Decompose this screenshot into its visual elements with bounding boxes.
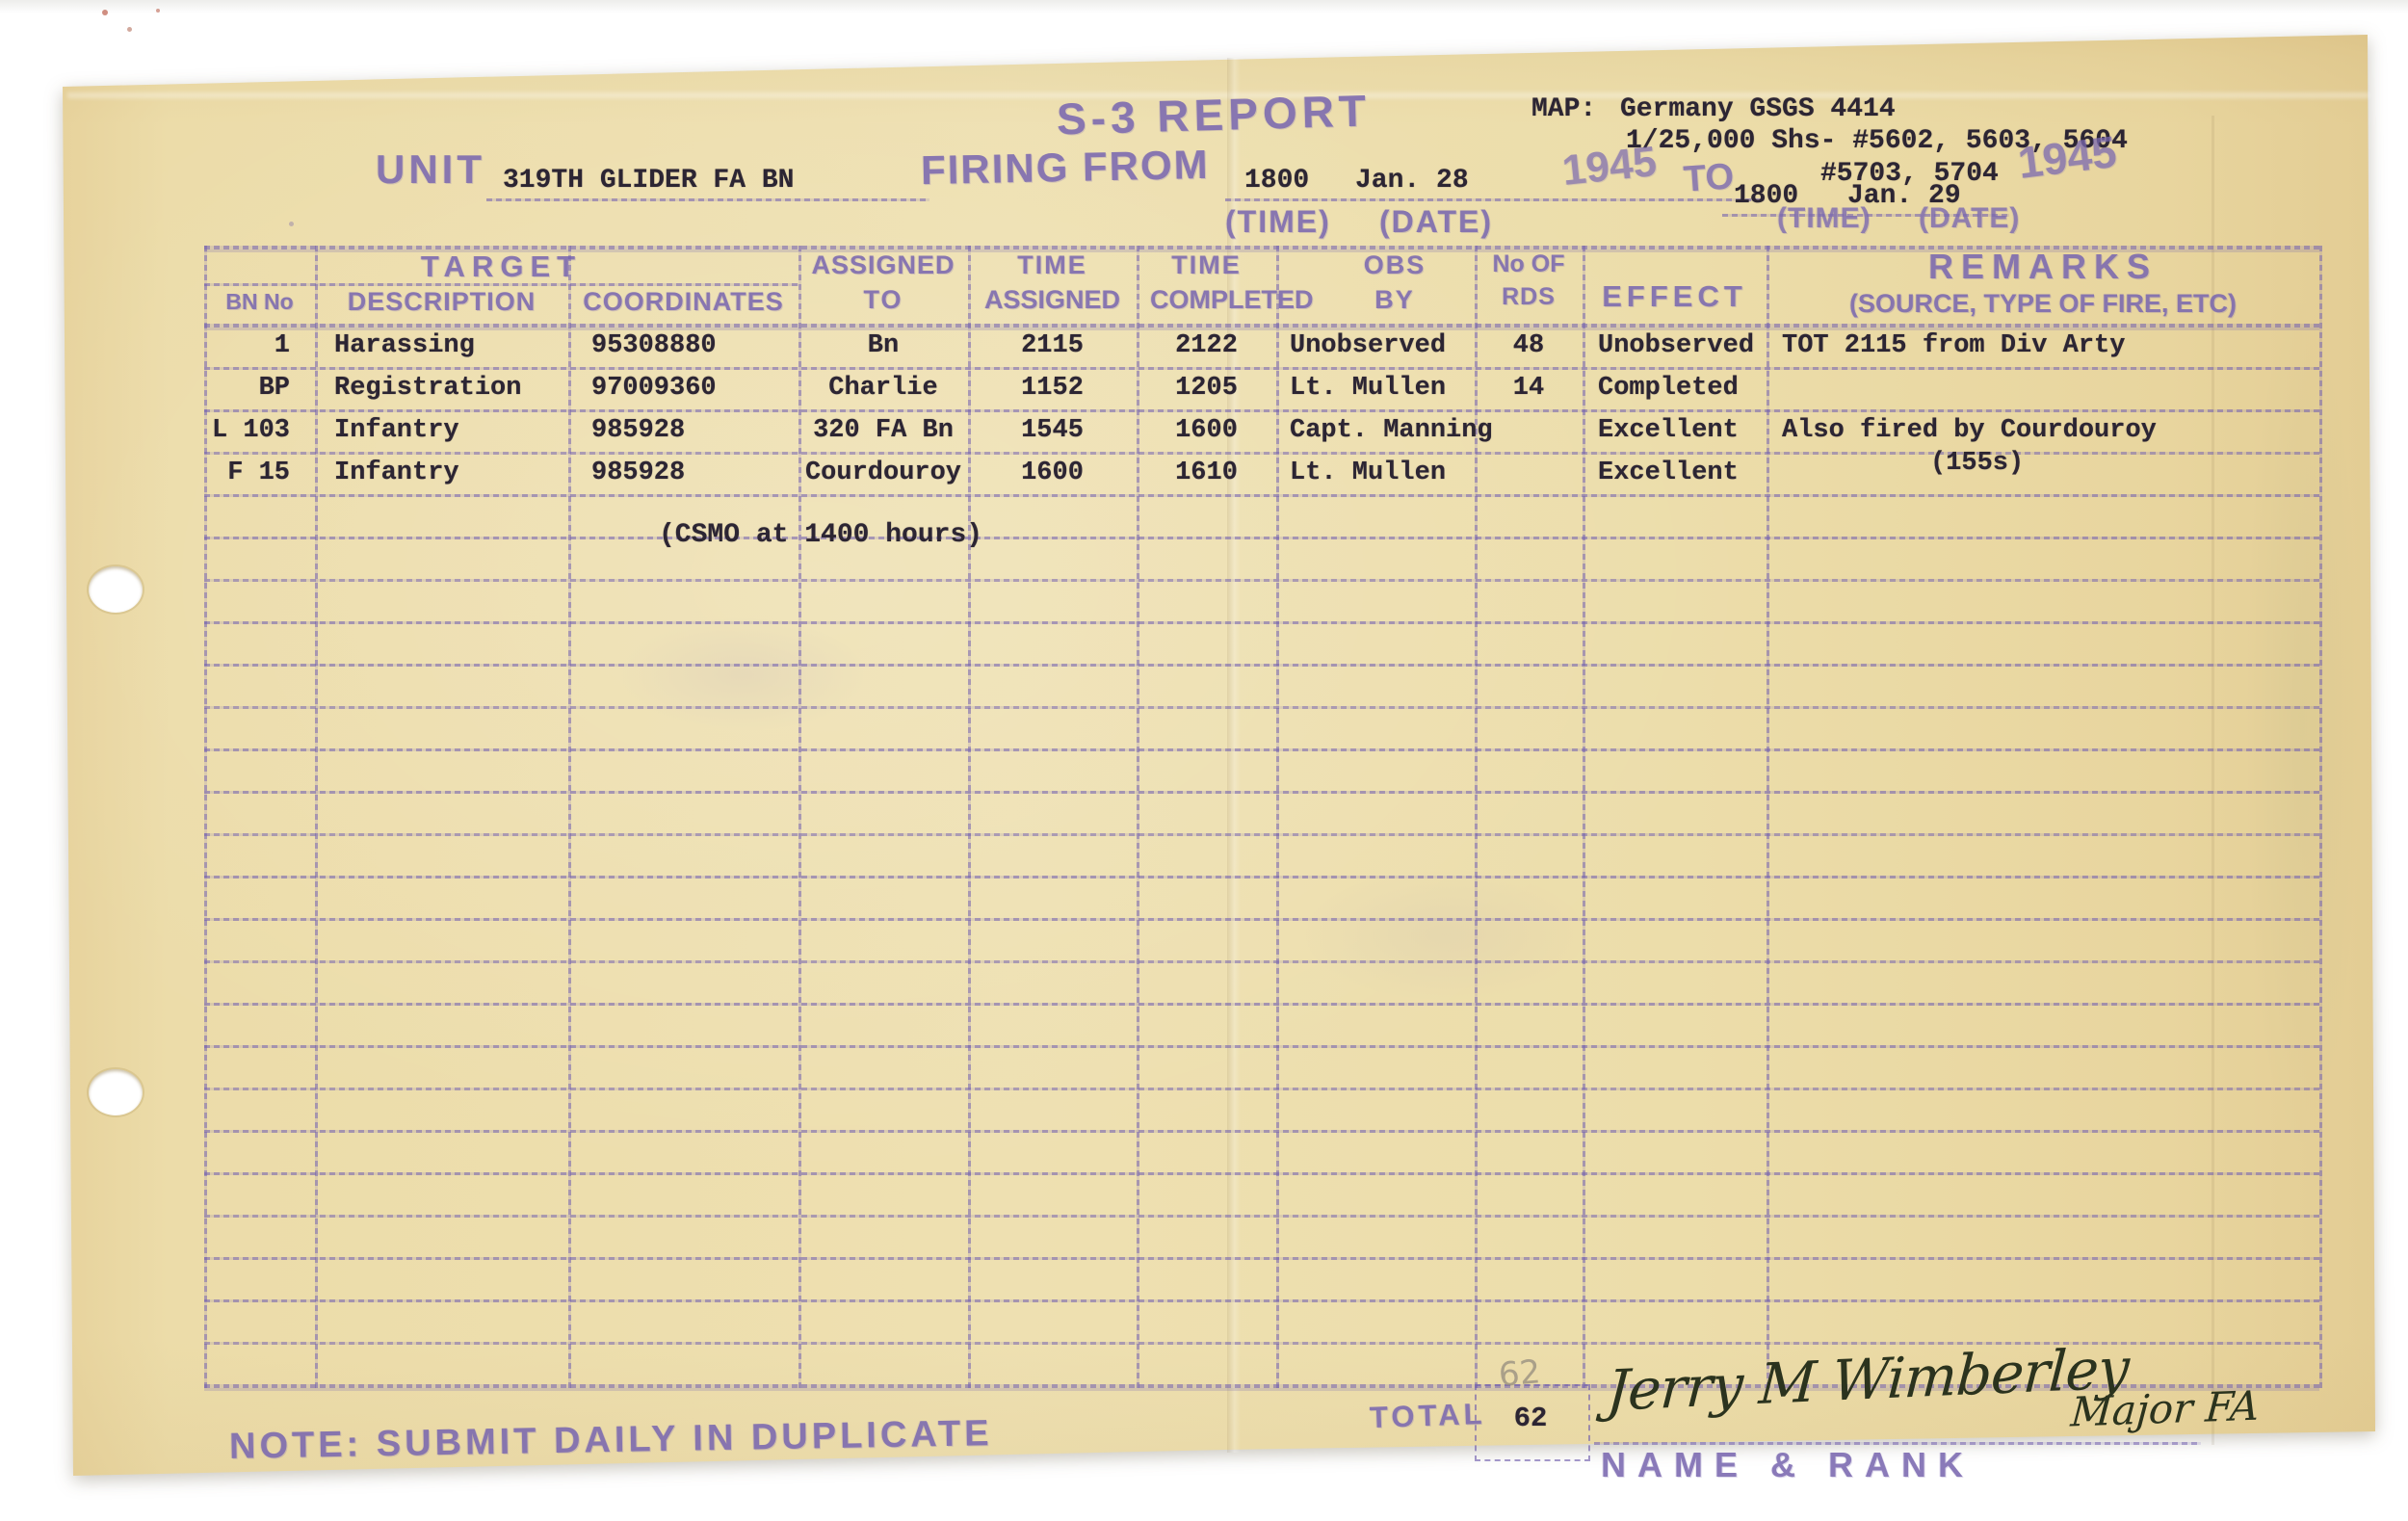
header-time-assigned-line2: ASSIGNED [968,285,1137,315]
grid-row-line [204,833,2319,836]
cell-description-row-3: Infantry [315,409,568,452]
header-assigned-to-line2: TO [798,285,968,315]
firing-from-time: 1800 [1244,166,1309,196]
header-assigned-to-line1: ASSIGNED [798,250,968,280]
grid-row-line [204,494,2319,497]
firing-from-label: FIRING FROM [921,142,1211,194]
cell-assigned_to-row-1: Bn [798,325,968,367]
grid-row-line [204,876,2319,879]
date-caption-2: (DATE) [1919,202,2020,235]
header-time-completed-line2: COMPLETED [1150,285,1290,315]
grid-row-line [204,1299,2319,1302]
cell-effect-row-3: Excellent [1583,409,1767,452]
grid-row-line [204,1215,2319,1218]
time-caption-1: (TIME) [1225,204,1331,240]
grid-row-line [204,918,2319,921]
header-bn-no: BN No [204,289,315,315]
grid-row-line [204,1088,2319,1090]
header-time-completed-line1: TIME [1137,250,1276,280]
grid-row-line [204,621,2319,624]
grid-column-line [2319,246,2322,1388]
cell-remarks-row-1: TOT 2115 from Div Arty [1767,325,2319,367]
cell-remarks-row-3: Also fired by Courdouroy [1767,409,2319,452]
cell-time_completed-row-1: 2122 [1137,325,1276,367]
cell-remarks-line2-row-3: (155s) [1930,442,2024,485]
header-no-of-rds-line1: No OF [1475,250,1583,278]
cell-effect-row-2: Completed [1583,367,1767,409]
firing-from-year: 1945 [1560,138,1660,196]
unit-label: UNIT [376,146,485,193]
paper-shadow [0,0,2408,1521]
unit-underline [486,198,929,201]
total-label: TOTAL [1369,1397,1486,1435]
cell-coordinates-row-4: 985928 [568,452,798,494]
cell-bn_no-row-3: L 103 [204,409,315,452]
cell-effect-row-1: Unobserved [1583,325,1767,367]
header-target-group: TARGET [204,249,798,284]
report-title: S-3 REPORT [1054,84,1373,144]
ink-speck [289,222,294,226]
firing-to-label: TO [1683,156,1736,201]
header-no-of-rds-line2: RDS [1475,283,1583,311]
grid-row-line [204,1003,2319,1006]
ink-speck [127,27,132,32]
cell-bn_no-row-4: F 15 [204,452,315,494]
scanned-document: S-3 REPORT MAP: Germany GSGS 4414 1/25,0… [0,0,2408,1521]
cell-time_completed-row-4: 1610 [1137,452,1276,494]
header-remarks-sub: (SOURCE, TYPE OF FIRE, ETC) [1767,289,2319,319]
cell-obs_by-row-1: Unobserved [1276,325,1475,367]
grid-row-line [204,1172,2319,1175]
cell-description-row-1: Harassing [315,325,568,367]
cell-no_of_rds-row-1: 48 [1475,325,1583,367]
punch-hole-top [89,566,143,613]
csmo-note: (CSMO at 1400 hours) [659,520,982,550]
header-description: DESCRIPTION [315,287,568,317]
grid-row-line [204,791,2319,794]
cell-effect-row-4: Excellent [1583,452,1767,494]
cell-assigned_to-row-2: Charlie [798,367,968,409]
cell-obs_by-row-4: Lt. Mullen [1276,452,1475,494]
firing-from-underline [1225,198,1765,201]
target-group-divider [204,283,798,286]
firing-from-date: Jan. 28 [1355,166,1469,196]
paper-sheet [0,0,2408,1521]
cell-time_assigned-row-2: 1152 [968,367,1137,409]
cell-description-row-4: Infantry [315,452,568,494]
cell-assigned_to-row-4: Courdouroy [798,452,968,494]
header-coordinates: COORDINATES [568,287,798,317]
header-obs-by-line2: BY [1296,285,1494,315]
grid-row-line [204,706,2319,709]
header-remarks: REMARKS [1767,247,2319,287]
total-pencil-value: 62 [1497,1352,1542,1395]
grid-row-line [204,579,2319,582]
cell-time_completed-row-2: 1205 [1137,367,1276,409]
grid-row-line [204,960,2319,963]
cell-coordinates-row-2: 97009360 [568,367,798,409]
date-caption-1: (DATE) [1379,204,1493,240]
punch-hole-bottom [89,1069,143,1115]
cell-bn_no-row-1: 1 [204,325,315,367]
grid-row-line [204,748,2319,751]
grid-row-line [204,1045,2319,1048]
name-rank-label: NAME & RANK [1601,1445,1975,1485]
header-time-assigned-line1: TIME [968,250,1137,280]
ink-speck [102,10,108,15]
grid-row-line [204,537,2319,539]
cell-time_completed-row-3: 1600 [1137,409,1276,452]
cell-coordinates-row-3: 985928 [568,409,798,452]
cell-obs_by-row-3: Capt. Manning [1276,409,1475,452]
cell-obs_by-row-2: Lt. Mullen [1276,367,1475,409]
grid-row-line [204,1257,2319,1260]
cell-time_assigned-row-3: 1545 [968,409,1137,452]
time-caption-2: (TIME) [1777,202,1871,235]
grid-row-line [204,664,2319,667]
table-top-border [204,246,2319,249]
unit-value: 319TH GLIDER FA BN [503,166,794,196]
total-typed-value: 62 [1475,1403,1586,1434]
cell-assigned_to-row-3: 320 FA Bn [798,409,968,452]
cell-bn_no-row-2: BP [204,367,315,409]
header-obs-by-line1: OBS [1296,250,1494,280]
cell-description-row-2: Registration [315,367,568,409]
grid-row-line [204,1130,2319,1133]
cell-no_of_rds-row-2: 14 [1475,367,1583,409]
map-label: MAP: [1531,94,1596,124]
map-line-1: Germany GSGS 4414 [1620,94,1896,124]
cell-time_assigned-row-4: 1600 [968,452,1137,494]
signature-rank: Major FA [2069,1382,2261,1436]
ink-speck [156,9,160,13]
header-effect: EFFECT [1583,279,1767,314]
cell-time_assigned-row-1: 2115 [968,325,1137,367]
cell-coordinates-row-1: 95308880 [568,325,798,367]
